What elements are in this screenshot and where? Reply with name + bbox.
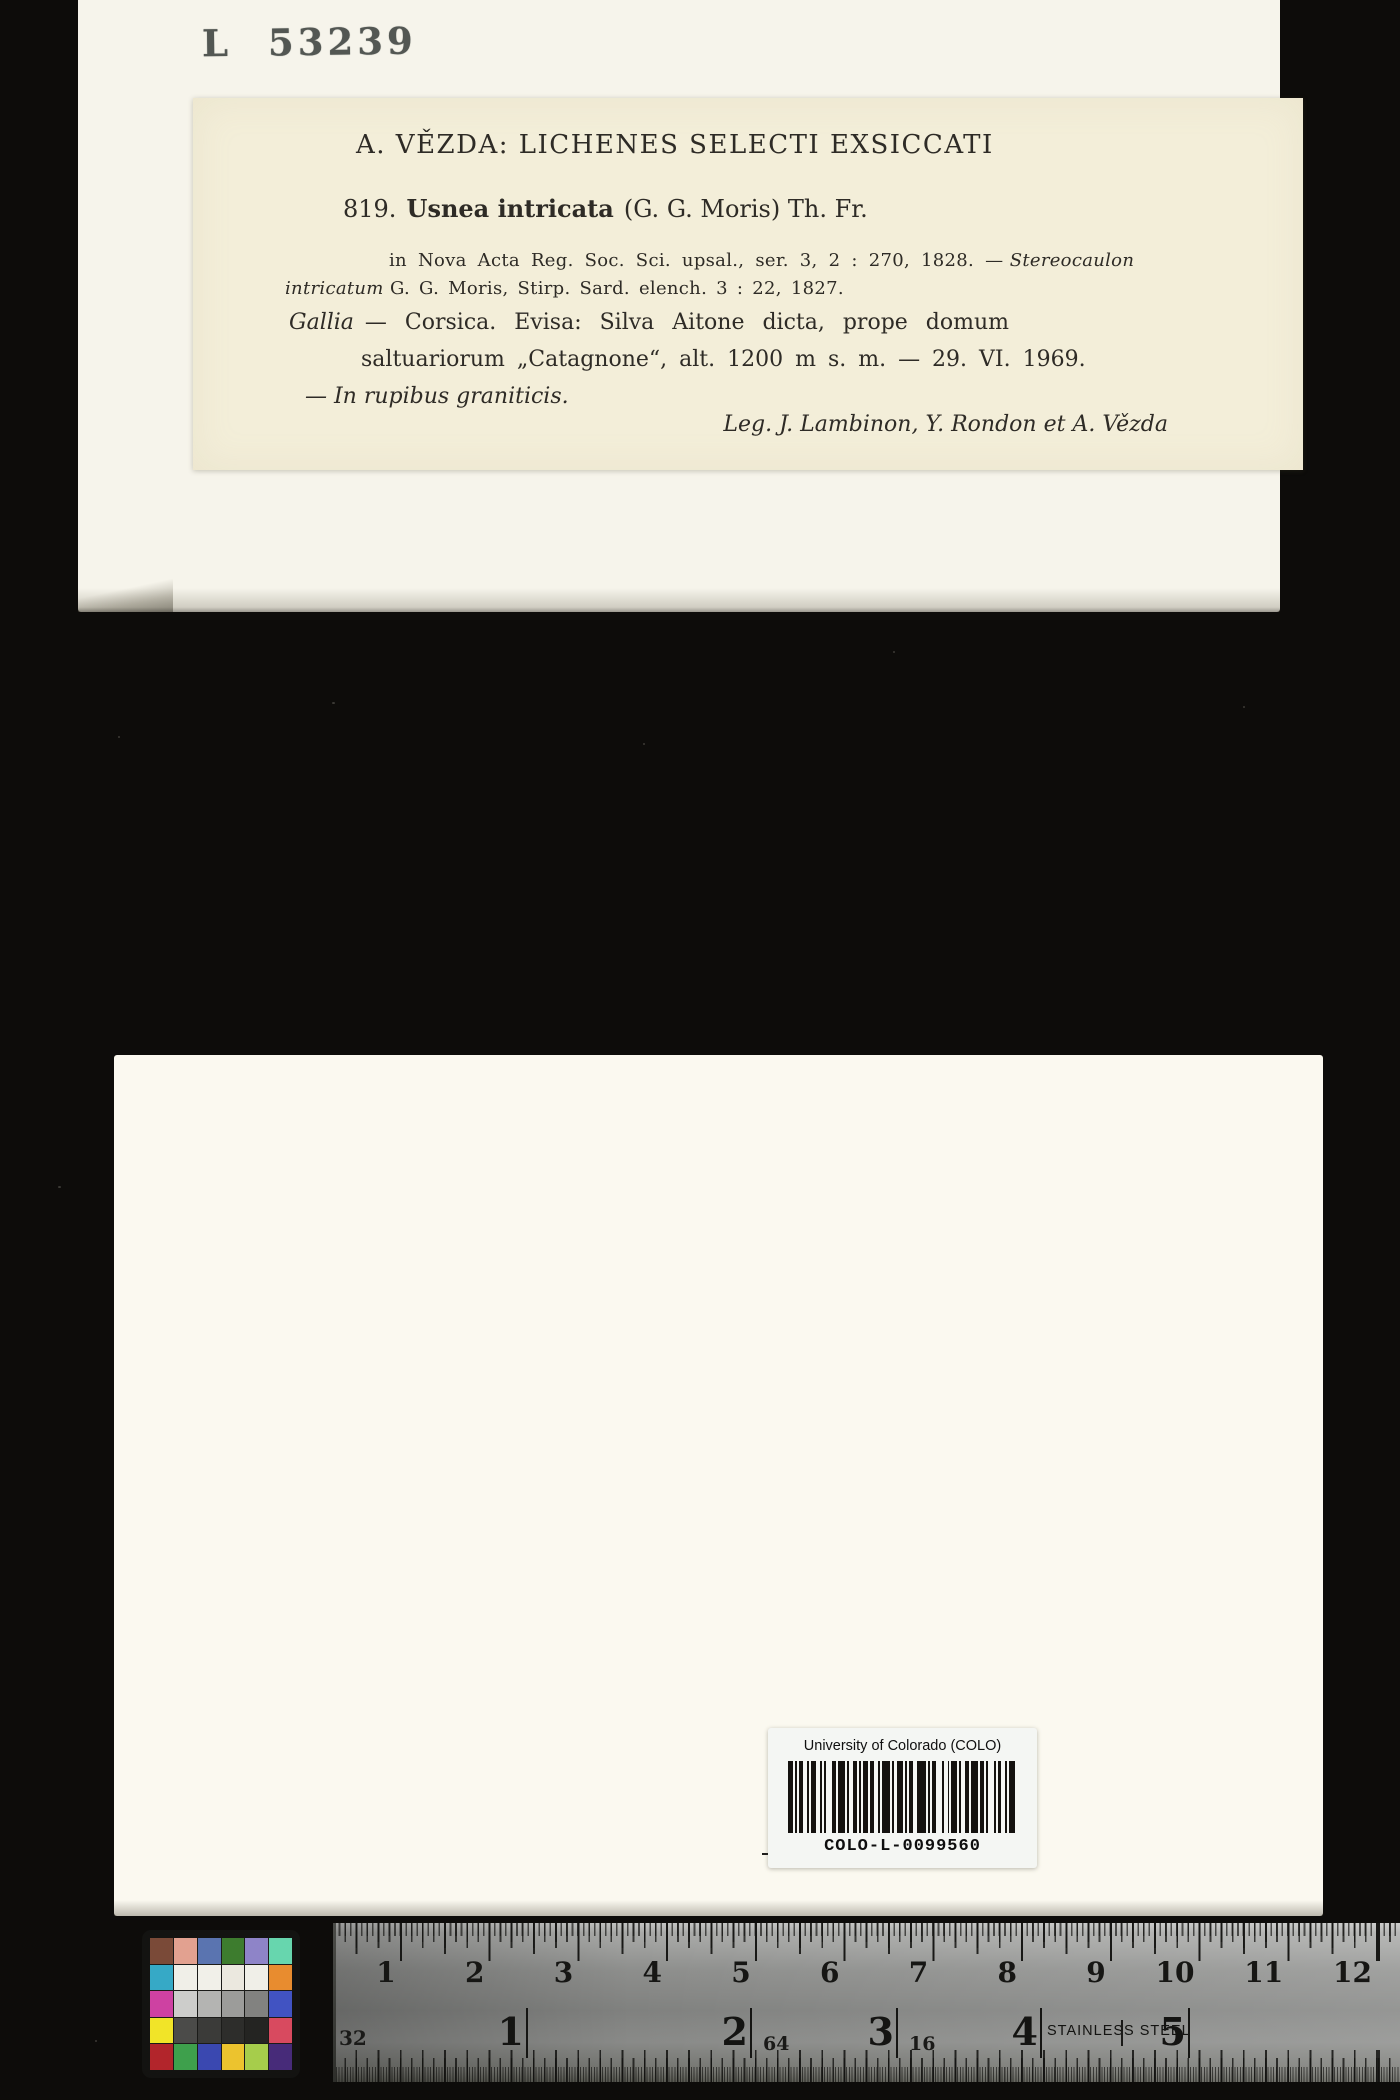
dust-speck <box>58 1186 61 1188</box>
ruler-bottom-number-tick <box>896 2008 898 2058</box>
color-patch <box>198 2018 221 2044</box>
exsiccati-label: A. VĚZDA: LICHENES SELECTI EXSICCATI 819… <box>193 98 1303 470</box>
citation-text: in Nova Acta Reg. Soc. Sci. upsal., ser.… <box>389 250 1003 271</box>
color-checker <box>142 1930 300 2078</box>
ruler-bottom-label-4: 4 <box>968 2009 1038 2054</box>
ruler-bottom-number-tick <box>1040 2008 1042 2058</box>
barcode-bar <box>917 1761 927 1833</box>
color-patch <box>269 1965 292 1991</box>
ruler-bottom-number-tick <box>750 2008 752 2058</box>
ruler-bottom-ticks-fine <box>333 2067 1400 2082</box>
color-patch <box>222 1938 245 1964</box>
barcode-bar <box>838 1761 846 1833</box>
ruler-inch-label-4: 4 <box>616 1956 662 1989</box>
ruler-inch-label-2: 2 <box>439 1956 485 1989</box>
ruler-bottom-number-tick <box>526 2008 528 2058</box>
color-patch <box>245 2044 268 2070</box>
color-patch <box>245 1938 268 1964</box>
color-patch <box>174 2018 197 2044</box>
color-patch <box>150 2044 173 2070</box>
habitat-line: — In rupibus graniticis. <box>305 384 569 409</box>
ruler-inch-label-11: 11 <box>1237 1956 1283 1989</box>
locality-line-1: Gallia— Corsica. Evisa: Silva Aitone dic… <box>289 310 1009 335</box>
barcode-bar <box>882 1761 890 1833</box>
color-patch <box>198 1991 221 2017</box>
collection-number: 819. <box>343 195 396 223</box>
color-patch <box>174 1991 197 2017</box>
color-patch <box>150 1938 173 1964</box>
color-patch <box>150 1991 173 2017</box>
species-authority: (G. G. Moris) Th. Fr. <box>624 195 868 223</box>
color-checker-grid <box>150 1938 292 2070</box>
ruler-bottom-number-tick <box>1188 2008 1190 2058</box>
herbarium-specimen-photo: L53239 A. VĚZDA: LICHENES SELECTI EXSICC… <box>0 0 1400 2100</box>
color-patch <box>150 2018 173 2044</box>
color-patch <box>198 2044 221 2070</box>
species-name: Usnea intricata <box>407 194 614 223</box>
label-header: A. VĚZDA: LICHENES SELECTI EXSICCATI <box>356 130 994 160</box>
dust-speck <box>95 2040 97 2042</box>
citation-synonym-genus: Stereocaulon <box>1010 250 1135 271</box>
accession-stamp: L53239 <box>202 19 417 66</box>
ruler-bottom-label-2: 2 <box>678 2009 748 2054</box>
color-patch <box>222 1991 245 2017</box>
dust-speck <box>332 702 335 704</box>
dust-speck <box>118 736 120 738</box>
color-patch <box>222 2044 245 2070</box>
ruler-inch-label-12: 12 <box>1326 1956 1372 1989</box>
ruler-inch-label-10: 10 <box>1149 1956 1195 1989</box>
fraction-label-32: 32 <box>339 2026 367 2050</box>
color-patch <box>198 1965 221 1991</box>
barcode-value: COLO-L-0099560 <box>768 1837 1037 1856</box>
color-patch <box>222 2018 245 2044</box>
barcode <box>788 1761 1018 1833</box>
collectors-line: Leg. J. Lambinon, Y. Rondon et A. Vězda <box>578 412 1168 437</box>
ruler-inch-label-6: 6 <box>794 1956 840 1989</box>
ruler-ticks-sixteenths <box>333 1923 1400 1936</box>
dust-speck <box>643 743 645 745</box>
ruler-ticks-eighths <box>333 1923 1400 1942</box>
color-patch <box>222 1965 245 1991</box>
citation-line-2: intricatumG. G. Moris, Stirp. Sard. elen… <box>285 278 844 299</box>
locality-line-2: saltuariorum „Catagnone“, alt. 1200 m s.… <box>361 347 1086 372</box>
fraction-label-64: 64 <box>763 2033 789 2055</box>
card-corner-fold <box>78 574 173 612</box>
institution-name: University of Colorado (COLO) <box>768 1738 1037 1754</box>
citation-text-2: G. G. Moris, Stirp. Sard. elench. 3 : 22… <box>390 278 844 299</box>
ruler-bottom-ticks-medium <box>333 2058 1400 2082</box>
species-line: 819.Usnea intricata(G. G. Moris) Th. Fr. <box>343 194 868 223</box>
country-name: Gallia <box>289 310 354 335</box>
barcode-gap <box>1015 1761 1017 1833</box>
ruler-inch-label-1: 1 <box>350 1956 396 1989</box>
color-patch <box>150 1965 173 1991</box>
ruler-inch-label-7: 7 <box>882 1956 928 1989</box>
ruler-bottom-ticks-coarse <box>333 2050 1400 2082</box>
color-patch <box>245 2018 268 2044</box>
ruler-inch-label-3: 3 <box>527 1956 573 1989</box>
barcode-label: University of Colorado (COLO) COLO-L-009… <box>768 1728 1037 1868</box>
ruler-inch-label-8: 8 <box>971 1956 1017 1989</box>
dust-speck <box>893 651 895 653</box>
color-patch <box>198 1938 221 1964</box>
citation-line-1: in Nova Acta Reg. Soc. Sci. upsal., ser.… <box>389 250 1134 271</box>
barcode-bar <box>971 1761 979 1833</box>
fraction-label-16: 16 <box>909 2033 935 2055</box>
ruler-ticks-quarters <box>333 1923 1400 1948</box>
color-patch <box>174 2044 197 2070</box>
color-patch <box>269 1991 292 2017</box>
locality-text: — Corsica. Evisa: Silva Aitone dicta, pr… <box>365 310 1009 335</box>
ruler-bottom-label-3: 3 <box>824 2009 894 2054</box>
top-card: L53239 A. VĚZDA: LICHENES SELECTI EXSICC… <box>78 0 1280 612</box>
ruler-inch-label-5: 5 <box>705 1956 751 1989</box>
stamp-prefix: L <box>202 21 233 65</box>
ruler-bottom-label-1: 1 <box>454 2009 524 2054</box>
ruler: 32 64 16 STAINLESS STEEL 123456789101112… <box>333 1923 1400 2082</box>
citation-synonym-epithet: intricatum <box>285 278 384 299</box>
color-patch <box>269 1938 292 1964</box>
stamp-number: 53239 <box>268 19 417 65</box>
bottom-card: University of Colorado (COLO) COLO-L-009… <box>114 1055 1323 1916</box>
color-patch <box>245 1991 268 2017</box>
color-patch <box>174 1938 197 1964</box>
ruler-inch-label-9: 9 <box>1060 1956 1106 1989</box>
ruler-bottom-label-5: 5 <box>1116 2009 1186 2054</box>
color-patch <box>269 2044 292 2070</box>
dust-speck <box>1243 706 1245 708</box>
ruler-ticks-halves <box>333 1923 1400 1954</box>
color-patch <box>174 1965 197 1991</box>
color-patch <box>245 1965 268 1991</box>
color-patch <box>269 2018 292 2044</box>
